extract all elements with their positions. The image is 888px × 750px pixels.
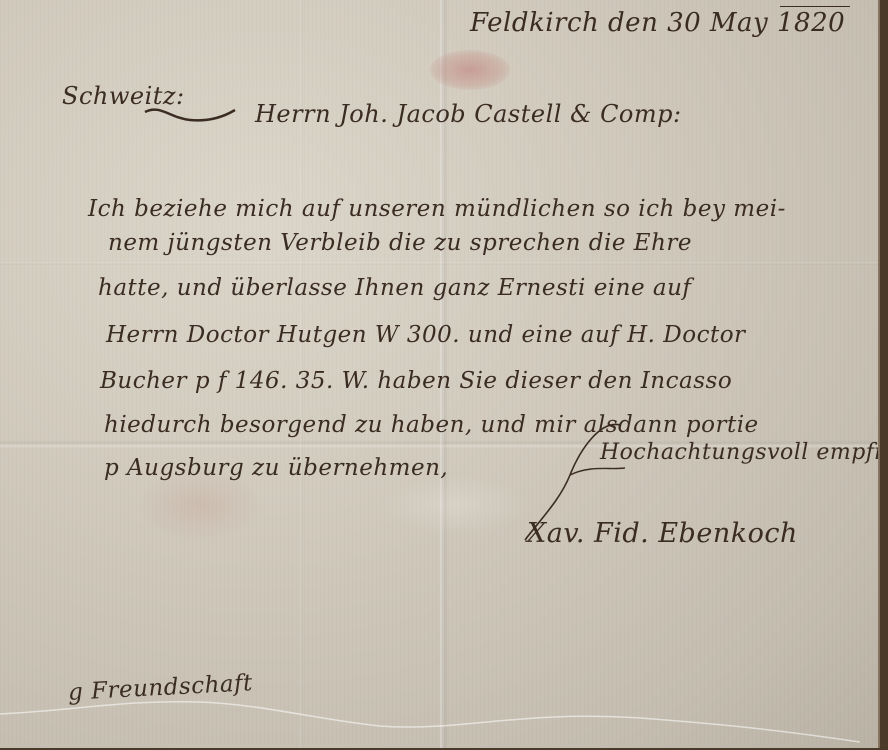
body-line-4: Herrn Doctor Hutgen W 300. und eine auf …: [106, 322, 746, 348]
body-line-1: Ich beziehe mich auf unseren mündlichen …: [88, 196, 786, 222]
horizontal-fold-crease: [0, 262, 880, 265]
page-edge-shadow: [878, 0, 880, 748]
wax-residue-mark: [380, 475, 530, 535]
closing-phrase: Hochachtungsvoll empfiehlt sich: [600, 440, 880, 465]
place-date-heading: Feldkirch den 30 May 1820: [470, 8, 845, 38]
body-line-5: Bucher p f 146. 35. W. haben Sie dieser …: [100, 368, 732, 394]
body-line-2: nem jüngsten Verbleib die zu sprechen di…: [108, 230, 692, 256]
address-country: Schweitz:: [62, 82, 185, 110]
address-recipient: Herrn Joh. Jacob Castell & Comp:: [255, 100, 682, 128]
body-line-6: hiedurch besorgend zu haben, und mir als…: [104, 412, 759, 438]
date-underline: [780, 6, 850, 7]
body-line-3: hatte, und überlasse Ihnen ganz Ernesti …: [98, 275, 691, 301]
body-line-7: p Augsburg zu übernehmen,: [104, 455, 448, 481]
red-seal-stain: [430, 50, 510, 90]
letter-page: Feldkirch den 30 May 1820 Schweitz: Herr…: [0, 0, 880, 748]
signature: Xav. Fid. Ebenkoch: [527, 518, 798, 549]
